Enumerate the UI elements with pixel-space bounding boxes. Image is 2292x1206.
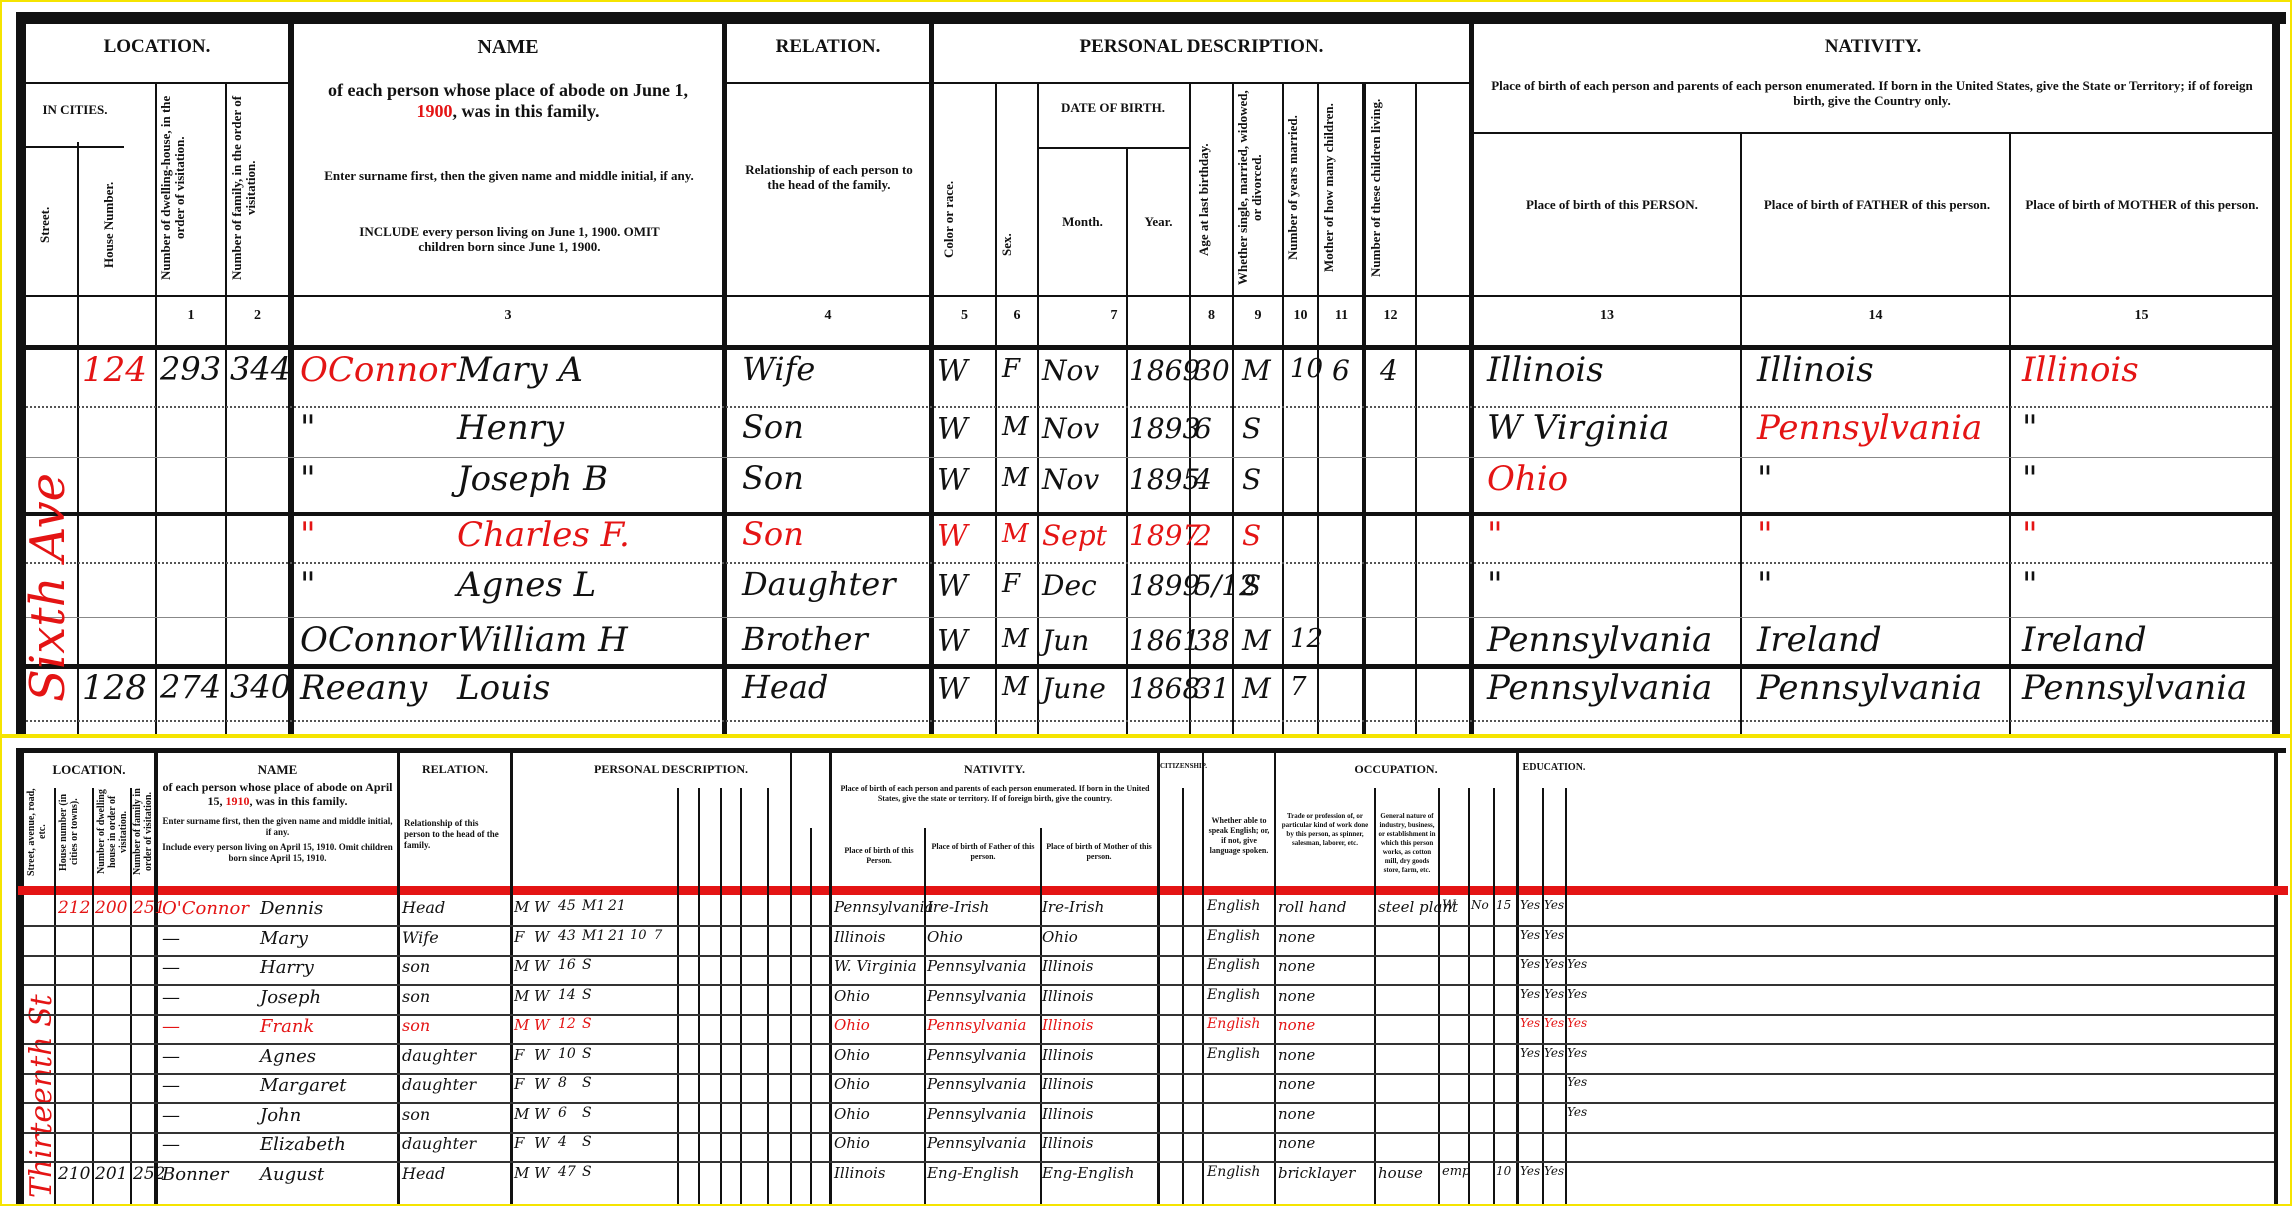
cell-age: 30 xyxy=(1194,354,1230,387)
cell-relation: son xyxy=(402,957,430,976)
cell-father: Pennsylvania xyxy=(927,1134,1026,1152)
header-dwelling: Number of dwelling-house, in the order o… xyxy=(159,88,221,288)
colnum-11: 11 xyxy=(1319,308,1364,324)
header-name-desc-1910: of each person whose place of abode on A… xyxy=(162,780,393,808)
cell-sex: F xyxy=(514,1046,524,1064)
colnum-4: 4 xyxy=(727,308,929,324)
cell-relation: daughter xyxy=(402,1134,476,1153)
cell-english: English xyxy=(1207,987,1260,1003)
cell-sex: M xyxy=(514,1016,529,1034)
cell-relation: daughter xyxy=(402,1046,476,1065)
cell-relation: Brother xyxy=(742,620,868,658)
cell-trade: none xyxy=(1278,1105,1315,1123)
cell-marital: S xyxy=(582,1016,592,1032)
cell-surname: OConnor xyxy=(300,620,455,660)
cell-marital: S xyxy=(582,987,592,1003)
cell-given: Margaret xyxy=(260,1075,347,1096)
header-dwelling-1910: Number of dwelling house in order of vis… xyxy=(96,786,128,878)
cell-year: 1895 xyxy=(1129,463,1200,496)
header-birth-mother-1910: Place of birth of Mother of this person. xyxy=(1044,842,1154,862)
cell-sex: M xyxy=(514,957,529,975)
census-year: 1900 xyxy=(416,101,452,121)
colnum-2: 2 xyxy=(227,308,288,324)
row-divider xyxy=(24,1132,2274,1134)
cell-trade: none xyxy=(1278,1046,1315,1064)
cell-color: W xyxy=(937,672,968,707)
cell-trade: none xyxy=(1278,928,1315,946)
cell-marital: S xyxy=(582,1075,592,1091)
cell-father: Pennsylvania xyxy=(927,1075,1026,1093)
cell-birth: Ohio xyxy=(834,1046,870,1064)
cell-school: Yes xyxy=(1567,957,1587,971)
cell-street-no: 212 xyxy=(58,898,90,918)
cell-read: Yes xyxy=(1520,987,1540,1001)
cell-write: Yes xyxy=(1544,928,1564,942)
cell-family: 252 xyxy=(133,1164,165,1184)
cell-school: Yes xyxy=(1567,987,1587,1001)
cell-marital: S xyxy=(1242,569,1261,602)
cell-living: 4 xyxy=(1380,354,1398,387)
cell-surname: — xyxy=(162,1046,180,1067)
name-desc-text: of each person whose place of abode on J… xyxy=(328,80,688,100)
header-relation-1910: RELATION. xyxy=(400,762,510,777)
cell-mother: " xyxy=(2022,408,2038,448)
cell-color: W xyxy=(534,1016,549,1034)
cell-surname: O'Connor xyxy=(162,898,249,919)
cell-birth: Illinois xyxy=(834,1164,886,1182)
colnum-7: 7 xyxy=(1039,308,1189,324)
cell-age: 16 xyxy=(558,957,576,973)
cell-trade: none xyxy=(1278,987,1315,1005)
cell-sex: M xyxy=(1002,412,1029,442)
cell-mother: " xyxy=(2022,565,2038,605)
header-month: Month. xyxy=(1039,214,1126,229)
cell-trade: none xyxy=(1278,1016,1315,1034)
cell-birth: Pennsylvania xyxy=(1487,668,1712,708)
cell-write: Yes xyxy=(1544,1046,1564,1060)
cell-surname: — xyxy=(162,987,180,1008)
cell-father: Pennsylvania xyxy=(1757,408,1982,448)
cell-relation: Wife xyxy=(402,928,439,947)
header-birth-mother: Place of birth of MOTHER of this person. xyxy=(2022,197,2262,212)
cell-relation: son xyxy=(402,987,430,1006)
cell-given: Charles F. xyxy=(457,515,630,555)
cell-age: 6 xyxy=(1194,412,1212,445)
cell-father: Ire-Irish xyxy=(927,898,989,916)
cell-given: William H xyxy=(457,620,628,660)
cell-relation: Son xyxy=(742,459,804,497)
cell-marital: S xyxy=(582,1164,592,1180)
header-name: NAME xyxy=(294,36,722,59)
cell-given: Louis xyxy=(457,668,550,708)
header-education-1910: EDUCATION. xyxy=(1519,762,1589,773)
colnum-8: 8 xyxy=(1191,308,1232,324)
colnum-1: 1 xyxy=(157,308,225,324)
cell-write: Yes xyxy=(1544,987,1564,1001)
cell-age: 6 xyxy=(558,1105,567,1121)
cell-color: W xyxy=(937,569,968,604)
cell-mother: Illinois xyxy=(1042,957,1094,975)
header-color: Color or race. xyxy=(942,152,972,287)
cell-mother-of: 6 xyxy=(1332,354,1350,387)
cell-marital: S xyxy=(582,1105,592,1121)
row-divider xyxy=(24,1073,2274,1075)
cell-birth: Illinois xyxy=(1487,350,1604,390)
cell-marital: M xyxy=(1242,624,1271,657)
header-birth-person-1910: Place of birth of this Person. xyxy=(834,846,924,866)
cell-relation: Head xyxy=(402,1164,445,1183)
cell-color: W xyxy=(534,987,549,1005)
cell-father: Pennsylvania xyxy=(1757,668,1982,708)
cell-year: 1893 xyxy=(1129,412,1200,445)
cell-birth: Pennsylvania xyxy=(834,898,933,916)
cell-father: " xyxy=(1757,565,1773,605)
cell-father: Ireland xyxy=(1757,620,1882,660)
cell-sex: M xyxy=(514,987,529,1005)
cell-sex: F xyxy=(1002,354,1020,384)
header-nativity-1910: NATIVITY. xyxy=(832,762,1157,777)
cell-father: Pennsylvania xyxy=(927,987,1026,1005)
street-name-margin: Sixth Ave xyxy=(20,473,76,702)
cell-color: W xyxy=(534,957,549,975)
census-year-1910: 1910 xyxy=(225,794,249,808)
cell-color: W xyxy=(534,1164,549,1182)
cell-dwelling: 274 xyxy=(160,668,221,706)
cell-given: Dennis xyxy=(260,898,323,919)
cell-surname: — xyxy=(162,957,180,978)
cell-employer: emp xyxy=(1442,1164,1470,1179)
cell-english: English xyxy=(1207,1016,1260,1032)
cell-english: English xyxy=(1207,898,1260,914)
cell-read: Yes xyxy=(1520,928,1540,942)
cell-read: Yes xyxy=(1520,957,1540,971)
cell-age: 2 xyxy=(1194,519,1212,552)
header-nativity-desc-1910: Place of birth of each person and parent… xyxy=(836,784,1154,804)
cell-surname: " xyxy=(300,515,316,555)
row-divider xyxy=(24,984,2274,986)
header-street: Street. xyxy=(38,162,68,287)
row-divider xyxy=(24,1161,2274,1163)
cell-year: 1897 xyxy=(1129,519,1200,552)
cell-weeks: 15 xyxy=(1496,898,1511,912)
cell-marital: S xyxy=(1242,519,1261,552)
header-relation: RELATION. xyxy=(727,36,929,58)
cell-given: Elizabeth xyxy=(260,1134,346,1155)
row-divider xyxy=(24,1102,2274,1104)
row-divider xyxy=(24,1043,2274,1045)
cell-father: " xyxy=(1757,515,1773,555)
cell-color: W xyxy=(534,928,549,946)
cell-age: 4 xyxy=(558,1134,567,1150)
cell-year: 1868 xyxy=(1129,672,1200,705)
cell-birth: " xyxy=(1487,515,1503,555)
header-personal-1910: PERSONAL DESCRIPTION. xyxy=(513,762,829,777)
cell-given: Joseph B xyxy=(457,459,608,499)
cell-read: Yes xyxy=(1520,1164,1540,1178)
cell-age: 12 xyxy=(558,1016,576,1032)
cell-month: Sept xyxy=(1042,519,1107,552)
cell-sex: M xyxy=(1002,463,1029,493)
cell-color: W xyxy=(937,463,968,498)
colnum-12: 12 xyxy=(1366,308,1415,324)
header-birth-father: Place of birth of FATHER of this person. xyxy=(1757,197,1997,212)
cell-age: 4 xyxy=(1194,463,1212,496)
cell-sex: F xyxy=(1002,569,1020,599)
header-date-of-birth: DATE OF BIRTH. xyxy=(1047,100,1179,115)
header-mother-of: Mother of how many children. xyxy=(1322,88,1362,288)
cell-surname: — xyxy=(162,1134,180,1155)
header-nativity: NATIVITY. xyxy=(1474,36,2272,58)
cell-birth: Pennsylvania xyxy=(1487,620,1712,660)
cell-given: Agnes xyxy=(260,1046,316,1067)
census-1910-sheet: LOCATION. Street, avenue, road, etc. Hou… xyxy=(2,738,2288,1204)
header-family: Number of family, in the order of visita… xyxy=(230,88,286,288)
cell-surname: OConnor xyxy=(300,350,455,390)
cell-sex: M xyxy=(1002,672,1029,702)
cell-marital: S xyxy=(582,957,592,973)
colnum-5: 5 xyxy=(934,308,995,324)
cell-father: Pennsylvania xyxy=(927,1105,1026,1123)
cell-write: Yes xyxy=(1544,1016,1564,1030)
header-street-1910: Street, avenue, road, etc. xyxy=(26,786,52,878)
cell-family: 251 xyxy=(133,898,165,918)
header-name-include: INCLUDE every person living on June 1, 1… xyxy=(337,224,682,254)
highlight-bar xyxy=(18,886,2288,895)
header-occupation-1910: OCCUPATION. xyxy=(1276,762,1516,777)
cell-age: 8 xyxy=(558,1075,567,1091)
cell-mother: Illinois xyxy=(1042,1016,1094,1034)
cell-marital: M1 xyxy=(582,898,605,914)
header-name-enter-1910: Enter surname first, then the given name… xyxy=(162,816,393,838)
cell-color: W xyxy=(534,898,549,916)
cell-color: W xyxy=(534,1134,549,1152)
header-personal-description: PERSONAL DESCRIPTION. xyxy=(934,36,1469,58)
header-family-1910: Number of family in order of visitation. xyxy=(132,786,154,878)
cell-color: W xyxy=(534,1046,549,1064)
cell-school: Yes xyxy=(1567,1075,1587,1089)
name-desc-1910-text-2: , was in this family. xyxy=(249,794,347,808)
cell-dwelling: 293 xyxy=(160,350,221,388)
cell-relation: Wife xyxy=(742,350,815,388)
row-divider xyxy=(24,925,2274,927)
cell-month: Nov xyxy=(1042,463,1099,496)
cell-color: W xyxy=(534,1075,549,1093)
cell-mother: Illinois xyxy=(2022,350,2139,390)
cell-sex: M xyxy=(514,1164,529,1182)
header-english-1910: Whether able to speak English; or, if no… xyxy=(1206,816,1272,856)
cell-age: 43 xyxy=(558,928,576,944)
cell-house: 128 xyxy=(82,668,147,708)
cell-dwelling: 201 xyxy=(95,1164,127,1184)
header-year: Year. xyxy=(1128,214,1189,229)
cell-surname: — xyxy=(162,1016,180,1037)
cell-surname: Bonner xyxy=(162,1164,229,1185)
cell-mother: " xyxy=(2022,515,2038,555)
header-location-1910: LOCATION. xyxy=(24,762,154,778)
header-trade-1910: Trade or profession of, or particular ki… xyxy=(1278,812,1372,848)
cell-street-no: 210 xyxy=(58,1164,90,1184)
cell-dwelling: 200 xyxy=(95,898,127,918)
cell-sex: M xyxy=(1002,624,1029,654)
cell-marital: S xyxy=(1242,463,1261,496)
cell-yrs: 21 xyxy=(608,928,626,944)
cell-family: 344 xyxy=(230,350,291,388)
cell-father: Eng-English xyxy=(927,1164,1019,1182)
cell-relation: Son xyxy=(742,515,804,553)
header-children-living: Number of these children living. xyxy=(1369,88,1413,288)
cell-birth: W Virginia xyxy=(1487,408,1670,448)
cell-marital: M xyxy=(1242,672,1271,705)
cell-read: Yes xyxy=(1520,1016,1540,1030)
cell-given: Mary xyxy=(260,928,308,949)
cell-mother: Illinois xyxy=(1042,1134,1094,1152)
cell-family: 340 xyxy=(230,668,291,706)
colnum-14: 14 xyxy=(1742,308,2009,324)
cell-father: Illinois xyxy=(1757,350,1874,390)
name-desc-text-2: , was in this family. xyxy=(452,101,599,121)
cell-write: Yes xyxy=(1544,898,1564,912)
cell-surname: — xyxy=(162,1075,180,1096)
cell-surname: " xyxy=(300,408,316,448)
cell-sex: M xyxy=(514,898,529,916)
cell-given: Henry xyxy=(457,408,564,448)
cell-father: Pennsylvania xyxy=(927,1016,1026,1034)
cell-relation: Son xyxy=(742,408,804,446)
header-house-number: House Number. xyxy=(102,162,132,287)
census-1900-sheet: LOCATION. IN CITIES. Street. House Numbe… xyxy=(2,2,2288,734)
cell-age: 38 xyxy=(1194,624,1230,657)
cell-age: 10 xyxy=(558,1046,576,1062)
cell-write: Yes xyxy=(1544,957,1564,971)
cell-birth: W. Virginia xyxy=(834,957,917,975)
cell-surname: " xyxy=(300,565,316,605)
cell-mother: Illinois xyxy=(1042,1105,1094,1123)
cell-yrs-married: 7 xyxy=(1290,672,1307,702)
cell-color: W xyxy=(937,519,968,554)
cell-father: " xyxy=(1757,459,1773,499)
cell-month: June xyxy=(1042,672,1106,705)
cell-mother: Illinois xyxy=(1042,987,1094,1005)
cell-month: Nov xyxy=(1042,412,1099,445)
cell-trade: none xyxy=(1278,1134,1315,1152)
cell-given: John xyxy=(260,1105,301,1126)
cell-marital: M1 xyxy=(582,928,605,944)
cell-house: 124 xyxy=(82,350,147,390)
header-industry-1910: General nature of industry, business, or… xyxy=(1378,812,1436,875)
row-divider xyxy=(24,955,2274,957)
cell-mother: Pennsylvania xyxy=(2022,668,2247,708)
cell-yrs-married: 10 xyxy=(1290,354,1323,384)
colnum-3: 3 xyxy=(294,308,722,324)
cell-sex: F xyxy=(514,1075,524,1093)
header-name-include-1910: Include every person living on April 15,… xyxy=(162,842,393,864)
cell-school: Yes xyxy=(1567,1046,1587,1060)
cell-year: 1861 xyxy=(1129,624,1200,657)
cell-birth: Ohio xyxy=(834,1075,870,1093)
cell-relation: daughter xyxy=(402,1075,476,1094)
cell-relation: Head xyxy=(402,898,445,917)
cell-color: W xyxy=(937,412,968,447)
row-divider xyxy=(24,1014,2274,1016)
cell-birth: Ohio xyxy=(834,1016,870,1034)
cell-yrs-married: 12 xyxy=(1290,624,1323,654)
cell-read: Yes xyxy=(1520,1046,1540,1060)
cell-living: 7 xyxy=(654,928,662,943)
cell-trade: bricklayer xyxy=(1278,1164,1355,1182)
header-relation-desc: Relationship of each person to the head … xyxy=(744,162,914,192)
header-name-1910: NAME xyxy=(158,762,397,778)
cell-age: 31 xyxy=(1194,672,1230,705)
header-birth-person: Place of birth of this PERSON. xyxy=(1502,197,1722,212)
cell-mother: Illinois xyxy=(1042,1075,1094,1093)
cell-marital: S xyxy=(582,1046,592,1062)
header-birth-father-1910: Place of birth of Father of this person. xyxy=(928,842,1038,862)
header-marital: Whether single, married, widowed, or div… xyxy=(1236,88,1280,288)
colnum-13: 13 xyxy=(1474,308,1740,324)
cell-birth: Ohio xyxy=(834,987,870,1005)
cell-father: Pennsylvania xyxy=(927,957,1026,975)
header-citizenship-1910: CITIZENSHIP. xyxy=(1160,762,1202,770)
cell-read: Yes xyxy=(1520,898,1540,912)
cell-age: 14 xyxy=(558,987,576,1003)
cell-month: Jun xyxy=(1042,624,1089,657)
colnum-15: 15 xyxy=(2011,308,2272,324)
header-years-married: Number of years married. xyxy=(1286,88,1316,288)
cell-birth: Illinois xyxy=(834,928,886,946)
cell-marital: S xyxy=(582,1134,592,1150)
cell-mother: Illinois xyxy=(1042,1046,1094,1064)
cell-year: 1869 xyxy=(1129,354,1200,387)
cell-marital: M xyxy=(1242,354,1271,387)
cell-month: Dec xyxy=(1042,569,1097,602)
cell-relation: son xyxy=(402,1105,430,1124)
header-age: Age at last birthday. xyxy=(1197,112,1227,287)
cell-trade: none xyxy=(1278,957,1315,975)
cell-month: Nov xyxy=(1042,354,1099,387)
header-name-enter: Enter surname first, then the given name… xyxy=(324,168,694,183)
cell-father: Ohio xyxy=(927,928,963,946)
cell-given: Agnes L xyxy=(457,565,596,605)
cell-sex: M xyxy=(514,1105,529,1123)
header-name-desc: of each person whose place of abode on J… xyxy=(322,80,694,122)
header-nativity-desc: Place of birth of each person and parent… xyxy=(1482,78,2262,108)
cell-color: W xyxy=(534,1105,549,1123)
cell-mother: " xyxy=(2022,459,2038,499)
cell-employer: W xyxy=(1442,898,1455,913)
cell-relation: son xyxy=(402,1016,430,1035)
cell-given: Mary A xyxy=(457,350,583,390)
cell-yrs: 21 xyxy=(608,898,626,914)
cell-sex: M xyxy=(1002,519,1029,549)
cell-industry: house xyxy=(1378,1164,1423,1182)
cell-trade: none xyxy=(1278,1075,1315,1093)
cell-color: W xyxy=(937,354,968,389)
cell-mother: Ireland xyxy=(2022,620,2147,660)
cell-school: Yes xyxy=(1567,1016,1587,1030)
cell-marital: S xyxy=(1242,412,1261,445)
header-sex: Sex. xyxy=(1000,202,1030,287)
cell-english: English xyxy=(1207,1046,1260,1062)
cell-trade: roll hand xyxy=(1278,898,1346,916)
cell-father: Pennsylvania xyxy=(927,1046,1026,1064)
cell-english: English xyxy=(1207,928,1260,944)
cell-surname: — xyxy=(162,1105,180,1126)
cell-age: 47 xyxy=(558,1164,576,1180)
cell-birth: Ohio xyxy=(1487,459,1568,499)
cell-given: Harry xyxy=(260,957,314,978)
header-relation-desc-1910: Relationship of this person to the head … xyxy=(404,818,506,851)
cell-out: No xyxy=(1471,898,1489,912)
